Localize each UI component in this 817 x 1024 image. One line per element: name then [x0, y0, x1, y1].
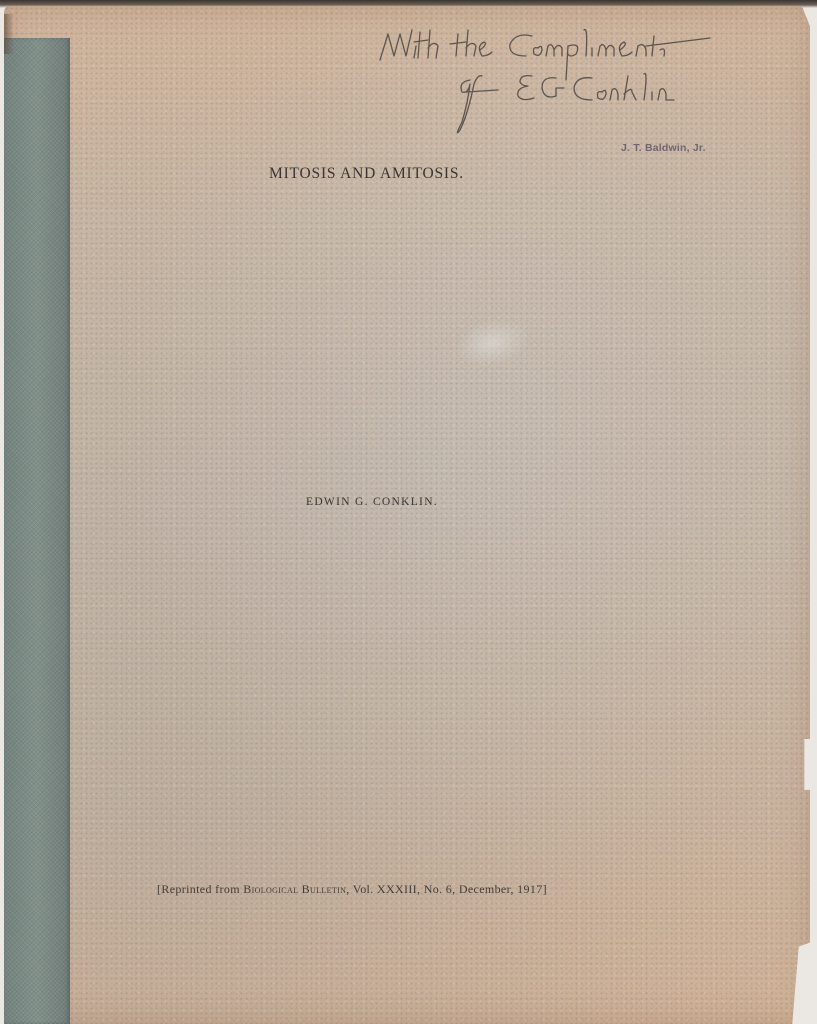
scanned-page: With the Compliments of E. G. Conklin: [0, 0, 817, 1024]
spine-corner-stain: [4, 14, 14, 54]
journal-name: Biological Bulletin: [243, 882, 346, 896]
offprint-cover: [4, 6, 810, 1024]
ownership-stamp: J. T. Baldwin, Jr.: [621, 142, 706, 154]
reprint-citation: [Reprinted from Biological Bulletin, Vol…: [157, 882, 547, 897]
document-title: MITOSIS AND AMITOSIS.: [269, 165, 464, 183]
pencil-script-icon: [370, 22, 790, 142]
bracket-close: ]: [543, 882, 547, 896]
handwritten-inscription: With the Compliments of E. G. Conklin: [370, 22, 790, 142]
author-name: EDWIN G. CONKLIN.: [306, 496, 438, 508]
reprint-volume-date: , Vol. XXXIII, No. 6, December, 1917: [346, 882, 542, 896]
reprint-prefix: Reprinted from: [161, 882, 243, 896]
cloth-spine-binding: [4, 38, 70, 1024]
